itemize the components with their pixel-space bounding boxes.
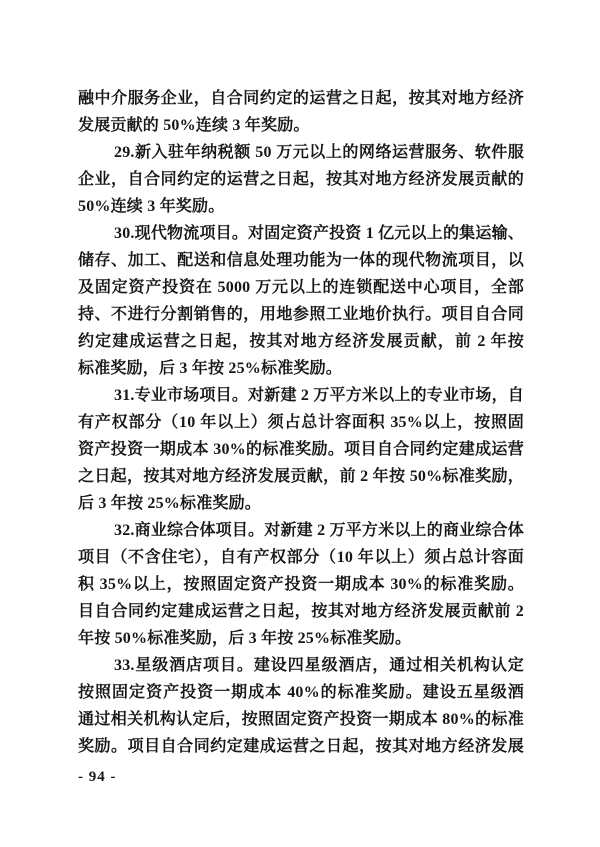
text-line: 奖励。项目自合同约定建成运营之日起，按其对地方经济发展 — [78, 733, 524, 760]
text-line: 按照固定资产投资一期成本 40%的标准奖励。建设五星级酒店， — [78, 679, 524, 706]
item-33: 33.星级酒店项目。建设四星级酒店，通过相关机构认定后，按照固定资产投资一期成本… — [78, 652, 524, 760]
text-line: 项目（不含住宅），自有产权部分（10 年以上）须占总计容面 — [78, 544, 524, 571]
text-line: 50%连续 3 年奖励。 — [78, 193, 524, 220]
page-number: - 94 - — [78, 769, 117, 786]
text-line: 之日起，按其对地方经济发展贡献，前 2 年按 50%标准奖励， — [78, 463, 524, 490]
text-line: 通过相关机构认定后，按照固定资产投资一期成本 80%的标准 — [78, 706, 524, 733]
text-line: 持、不进行分割销售的，用地参照工业地价执行。项目自合同 — [78, 301, 524, 328]
text-line: 32.商业综合体项目。对新建 2 万平方米以上的商业综合体 — [78, 517, 524, 544]
text-line: 融中介服务企业，自合同约定的运营之日起，按其对地方经济 — [78, 85, 524, 112]
document-page: 融中介服务企业，自合同约定的运营之日起，按其对地方经济发展贡献的 50%连续 3… — [0, 0, 600, 847]
text-line: 31.专业市场项目。对新建 2 万平方米以上的专业市场，自 — [78, 382, 524, 409]
item-30: 30.现代物流项目。对固定资产投资 1 亿元以上的集运输、储存、加工、配送和信息… — [78, 220, 524, 382]
item-32: 32.商业综合体项目。对新建 2 万平方米以上的商业综合体项目（不含住宅），自有… — [78, 517, 524, 652]
item-29: 29.新入驻年纳税额 50 万元以上的网络运营服务、软件服务企业，自合同约定的运… — [78, 139, 524, 220]
text-line: 储存、加工、配送和信息处理功能为一体的现代物流项目，以 — [78, 247, 524, 274]
item-28-continuation: 融中介服务企业，自合同约定的运营之日起，按其对地方经济发展贡献的 50%连续 3… — [78, 85, 524, 139]
text-line: 资产投资一期成本 30%的标准奖励。项目自合同约定建成运营 — [78, 436, 524, 463]
item-31: 31.专业市场项目。对新建 2 万平方米以上的专业市场，自有产权部分（10 年以… — [78, 382, 524, 517]
text-line: 约定建成运营之日起，按其对地方经济发展贡献，前 2 年按 50% — [78, 328, 524, 355]
text-line: 发展贡献的 50%连续 3 年奖励。 — [78, 112, 524, 139]
text-line: 33.星级酒店项目。建设四星级酒店，通过相关机构认定后， — [78, 652, 524, 679]
text-line: 标准奖励，后 3 年按 25%标准奖励。 — [78, 355, 524, 382]
text-line: 后 3 年按 25%标准奖励。 — [78, 490, 524, 517]
text-line: 企业，自合同约定的运营之日起，按其对地方经济发展贡献的 — [78, 166, 524, 193]
text-line: 及固定资产投资在 5000 万元以上的连锁配送中心项目，全部自 — [78, 274, 524, 301]
text-line: 30.现代物流项目。对固定资产投资 1 亿元以上的集运输、 — [78, 220, 524, 247]
text-line: 有产权部分（10 年以上）须占总计容面积 35%以上，按照固定 — [78, 409, 524, 436]
text-line: 年按 50%标准奖励，后 3 年按 25%标准奖励。 — [78, 625, 524, 652]
text-line: 积 35%以上，按照固定资产投资一期成本 30%的标准奖励。项 — [78, 571, 524, 598]
document-body: 融中介服务企业，自合同约定的运营之日起，按其对地方经济发展贡献的 50%连续 3… — [78, 85, 524, 760]
text-line: 目自合同约定建成运营之日起，按其对地方经济发展贡献前 2 — [78, 598, 524, 625]
text-line: 29.新入驻年纳税额 50 万元以上的网络运营服务、软件服务 — [78, 139, 524, 166]
